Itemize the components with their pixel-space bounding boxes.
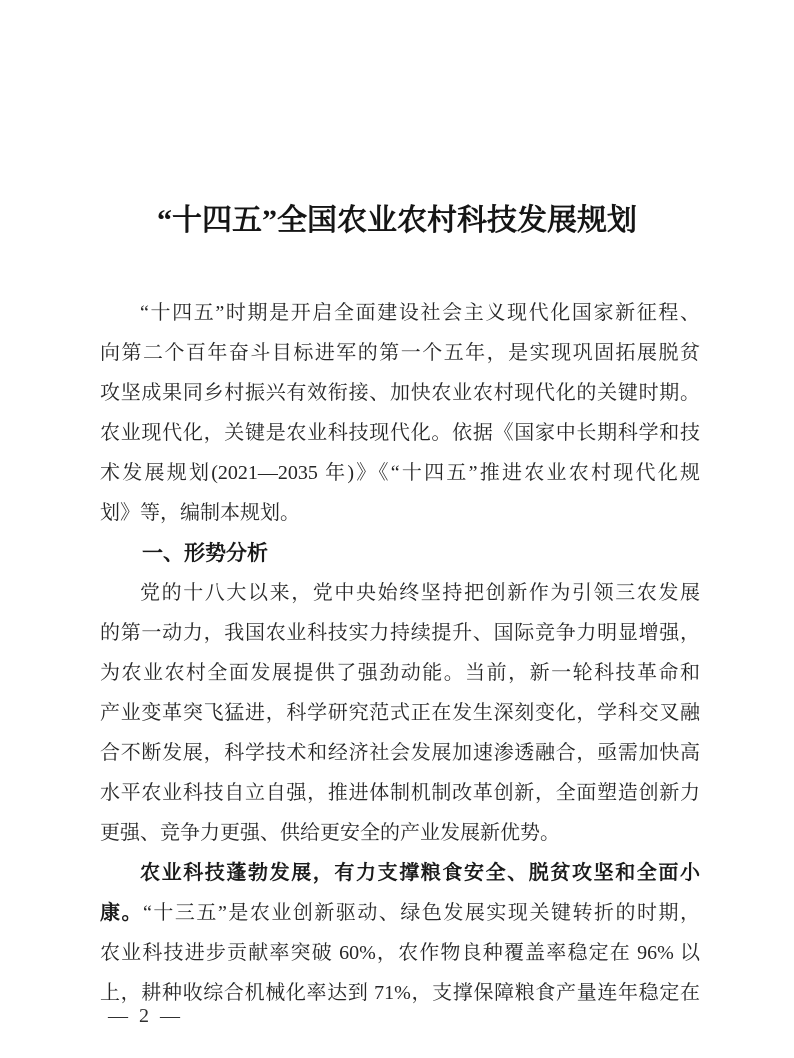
page-number: — 2 — bbox=[108, 1000, 183, 1032]
text-segment: 划》等，编制本规划。 bbox=[100, 502, 300, 524]
text-segment: “十三五”是农业创新驱动、绿色发展实现关键转折的时期， bbox=[143, 902, 700, 924]
text-segment: 术发展规划(2021—2035 年)》《“十四五”推进农业农村现代化规 bbox=[100, 462, 700, 484]
text-segment: 攻坚成果同乡村振兴有效衔接、加快农业农村现代化的关键时期。 bbox=[100, 382, 700, 404]
text-line: 产业变革突飞猛进，科学研究范式正在发生深刻变化，学科交叉融 bbox=[100, 693, 700, 733]
bold-text-segment: 康。 bbox=[100, 902, 143, 924]
text-line: 更强、竞争力更强、供给更安全的产业发展新优势。 bbox=[100, 813, 700, 853]
text-line: “十四五”时期是开启全面建设社会主义现代化国家新征程、 bbox=[100, 293, 700, 333]
text-line: 农业科技进步贡献率突破 60%，农作物良种覆盖率稳定在 96% 以 bbox=[100, 933, 700, 973]
text-line: 的第一动力，我国农业科技实力持续提升、国际竞争力明显增强， bbox=[100, 613, 700, 653]
text-line: 为农业农村全面发展提供了强劲动能。当前，新一轮科技革命和 bbox=[100, 653, 700, 693]
text-line: 术发展规划(2021—2035 年)》《“十四五”推进农业农村现代化规 bbox=[100, 453, 700, 493]
text-segment: 农业现代化，关键是农业科技现代化。依据《国家中长期科学和技 bbox=[100, 422, 700, 444]
document-body: “十四五”时期是开启全面建设社会主义现代化国家新征程、向第二个百年奋斗目标进军的… bbox=[100, 293, 700, 1013]
bold-text-segment: 农业科技蓬勃发展，有力支撑粮食安全、脱贫攻坚和全面小 bbox=[140, 862, 700, 884]
text-segment: “十四五”时期是开启全面建设社会主义现代化国家新征程、 bbox=[140, 302, 700, 324]
text-segment: 合不断发展，科学技术和经济社会发展加速渗透融合，亟需加快高 bbox=[100, 742, 700, 764]
text-segment: 更强、竞争力更强、供给更安全的产业发展新优势。 bbox=[100, 822, 560, 844]
text-segment: 向第二个百年奋斗目标进军的第一个五年，是实现巩固拓展脱贫 bbox=[100, 342, 700, 364]
text-segment: 农业科技进步贡献率突破 60%，农作物良种覆盖率稳定在 96% 以 bbox=[100, 942, 700, 964]
text-line: 党的十八大以来，党中央始终坚持把创新作为引领三农发展 bbox=[100, 573, 700, 613]
text-line: 上，耕种收综合机械化率达到 71%，支撑保障粮食产量连年稳定在 bbox=[100, 973, 700, 1013]
text-line: 合不断发展，科学技术和经济社会发展加速渗透融合，亟需加快高 bbox=[100, 733, 700, 773]
text-line: 康。“十三五”是农业创新驱动、绿色发展实现关键转折的时期， bbox=[100, 893, 700, 933]
text-segment: 党的十八大以来，党中央始终坚持把创新作为引领三农发展 bbox=[140, 582, 700, 604]
section-heading: 一、形势分析 bbox=[100, 533, 700, 573]
text-segment: 上，耕种收综合机械化率达到 71%，支撑保障粮食产量连年稳定在 bbox=[100, 982, 700, 1004]
text-segment: 产业变革突飞猛进，科学研究范式正在发生深刻变化，学科交叉融 bbox=[100, 702, 700, 724]
text-line: 农业科技蓬勃发展，有力支撑粮食安全、脱贫攻坚和全面小 bbox=[100, 853, 700, 893]
document-page: “十四五”全国农业农村科技发展规划 “十四五”时期是开启全面建设社会主义现代化国… bbox=[0, 0, 794, 1058]
text-line: 水平农业科技自立自强，推进体制机制改革创新，全面塑造创新力 bbox=[100, 773, 700, 813]
document-title: “十四五”全国农业农村科技发展规划 bbox=[0, 202, 794, 240]
text-segment: 水平农业科技自立自强，推进体制机制改革创新，全面塑造创新力 bbox=[100, 782, 700, 804]
bold-text-segment: 一、形势分析 bbox=[142, 541, 268, 565]
text-segment: 的第一动力，我国农业科技实力持续提升、国际竞争力明显增强， bbox=[100, 622, 700, 644]
text-line: 农业现代化，关键是农业科技现代化。依据《国家中长期科学和技 bbox=[100, 413, 700, 453]
text-segment: 为农业农村全面发展提供了强劲动能。当前，新一轮科技革命和 bbox=[100, 662, 700, 684]
text-line: 向第二个百年奋斗目标进军的第一个五年，是实现巩固拓展脱贫 bbox=[100, 333, 700, 373]
text-line: 划》等，编制本规划。 bbox=[100, 493, 700, 533]
text-line: 攻坚成果同乡村振兴有效衔接、加快农业农村现代化的关键时期。 bbox=[100, 373, 700, 413]
